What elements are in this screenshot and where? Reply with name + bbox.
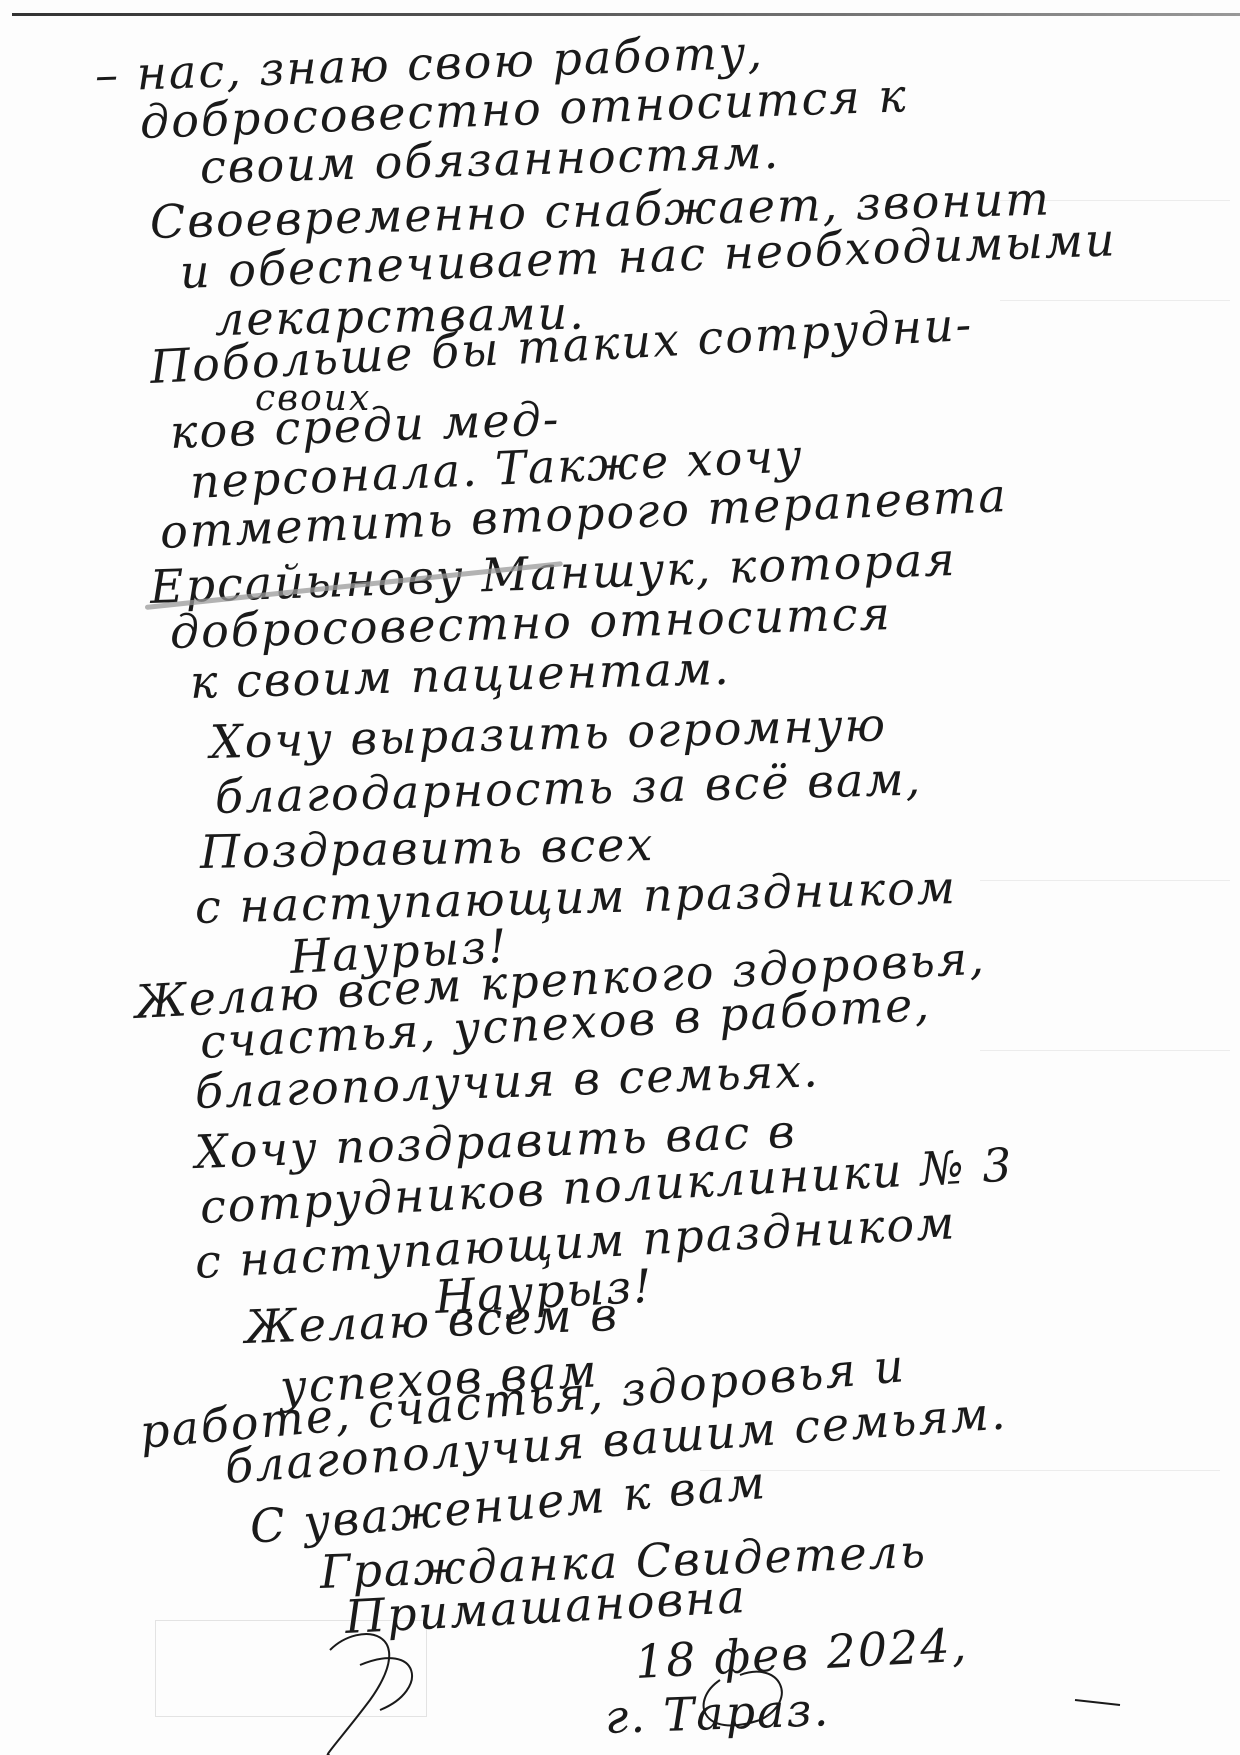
scanned-page: – нас, знаю свою работу, добросовестно о… [0,0,1240,1755]
letter-date: 18 фев 2024, [634,1618,970,1689]
bleed-through-rule [980,1050,1230,1051]
bleed-through-rule [980,880,1230,881]
scan-top-edge [12,13,1240,16]
bleed-through-rule [1000,300,1230,301]
bleed-through-rule [700,1470,1220,1471]
letter-place: г. Тараз. [604,1682,831,1744]
letter-line: Желаю всем в [244,1287,620,1354]
